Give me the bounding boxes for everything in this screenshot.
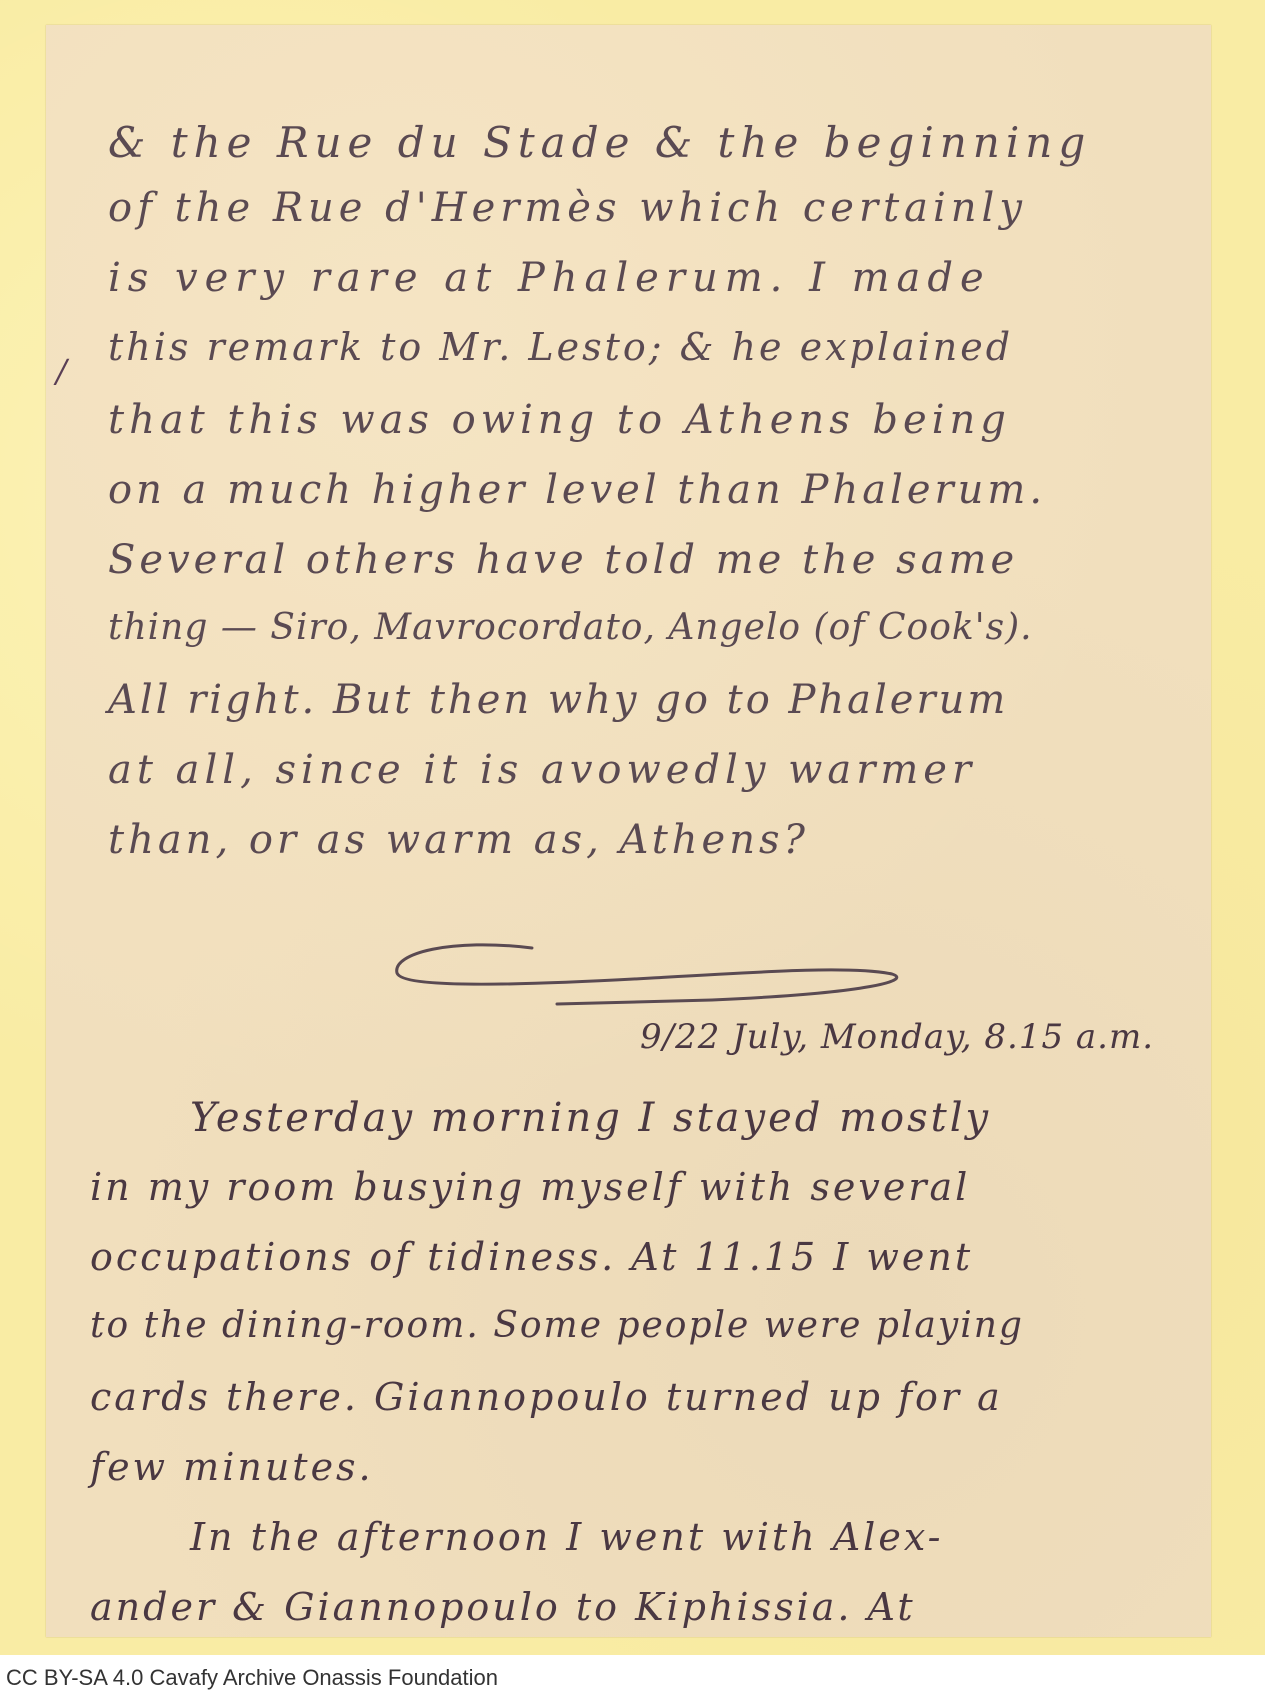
manuscript-line-3: is very rare at Phalerum. I made	[108, 258, 991, 298]
manuscript-line-5: that this was owing to Athens being	[108, 400, 1011, 440]
license-caption: CC BY-SA 4.0 Cavafy Archive Onassis Foun…	[6, 1665, 498, 1691]
margin-mark: /	[56, 352, 67, 390]
manuscript-line-9: All right. But then why go to Phalerum	[108, 680, 1008, 720]
divider-flourish	[392, 938, 912, 1008]
manuscript-line-1: & the Rue du Stade & the beginning	[108, 122, 1091, 164]
manuscript-line-11: than, or as warm as, Athens?	[108, 820, 809, 860]
manuscript-line-8: thing — Siro, Mavrocordato, Angelo (of C…	[108, 610, 1033, 646]
entry-line-6: few minutes.	[90, 1448, 374, 1486]
manuscript-line-4: this remark to Mr. Lesto; & he explained	[108, 328, 1013, 366]
manuscript-line-6: on a much higher level than Phalerum.	[108, 470, 1046, 510]
manuscript-line-2: of the Rue d'Hermès which certainly	[108, 188, 1027, 228]
entry-line-8: ander & Giannopoulo to Kiphissia. At	[90, 1588, 916, 1626]
entry-line-3: occupations of tidiness. At 11.15 I went	[90, 1238, 973, 1276]
entry-line-1: Yesterday morning I stayed mostly	[190, 1098, 991, 1138]
entry-line-2: in my room busying myself with several	[90, 1168, 970, 1206]
dateline: 9/22 July, Monday, 8.15 a.m.	[640, 1020, 1154, 1054]
entry-line-5: cards there. Giannopoulo turned up for a	[90, 1378, 1003, 1416]
entry-line-7: In the afternoon I went with Alex-	[190, 1518, 943, 1556]
manuscript-line-7: Several others have told me the same	[108, 540, 1018, 580]
manuscript-line-10: at all, since it is avowedly warmer	[108, 750, 976, 790]
entry-line-4: to the dining-room. Some people were pla…	[90, 1308, 1024, 1344]
